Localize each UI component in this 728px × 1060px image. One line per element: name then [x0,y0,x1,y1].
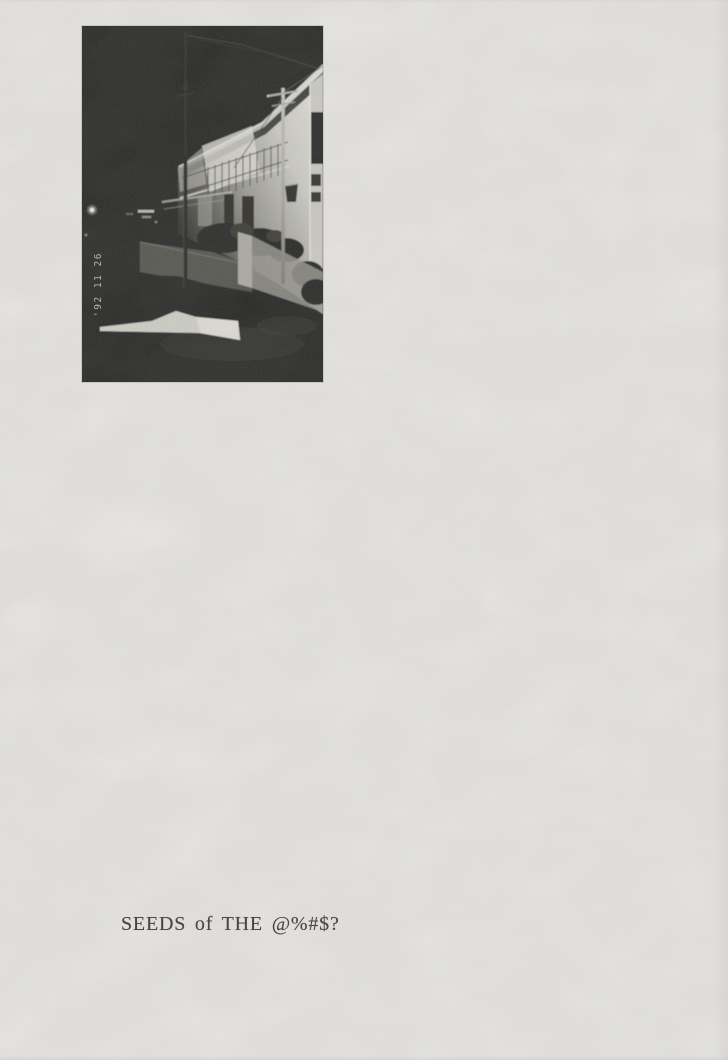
page-edge-bottom [0,1056,728,1060]
night-photo: '92 11 26 [82,26,323,382]
chapter-caption: SEEDS of THE @%#$? [121,912,340,936]
scanned-page: '92 11 26 SEEDS of THE @%#$? [0,0,728,1060]
page-edge-top [0,0,728,3]
film-grain [82,26,323,382]
night-photo-art: '92 11 26 [82,26,323,382]
page-edge-right [714,0,728,1060]
